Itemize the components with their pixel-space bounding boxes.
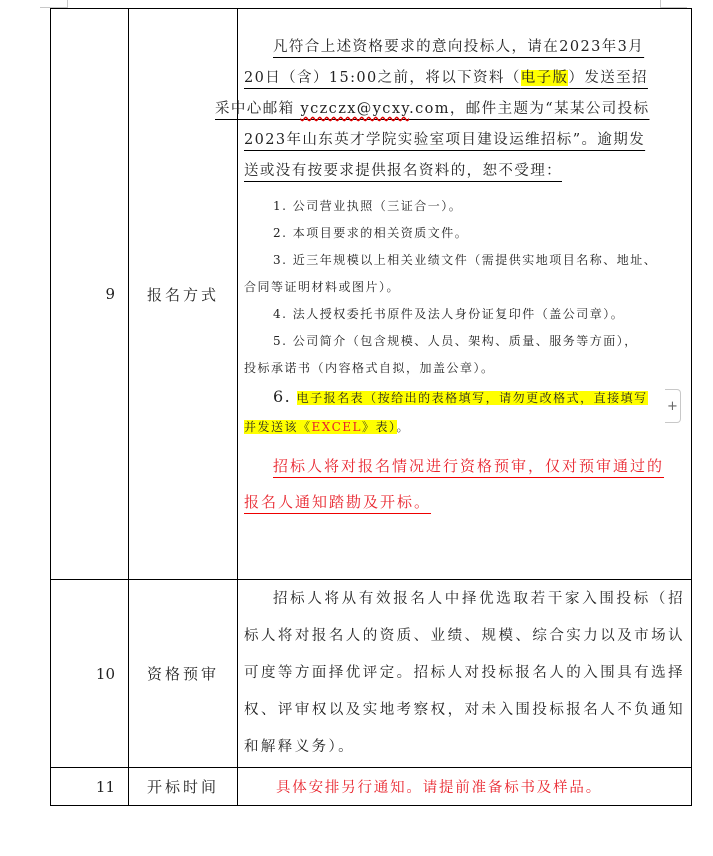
excel-label: EXCEL bbox=[312, 420, 363, 434]
plus-icon: + bbox=[667, 399, 678, 414]
requirements-table: 9 报名方式 凡符合上述资格要求的意向投标人，请在2023年3月 20日（含）1… bbox=[50, 8, 692, 806]
row-content[interactable]: 招标人将从有效报名人中择优选取若干家入围投标（招标人将对报名人的资质、业绩、规模… bbox=[238, 580, 692, 768]
row-content[interactable]: 具体安排另行通知。请提前准备标书及样品。 bbox=[238, 768, 692, 806]
list-item-3-cont: 合同等证明材料或图片）。 bbox=[244, 274, 685, 301]
page-corner-mark-left bbox=[40, 0, 68, 8]
table-row-11: 11 开标时间 具体安排另行通知。请提前准备标书及样品。 bbox=[51, 768, 692, 806]
opening-time-text: 具体安排另行通知。请提前准备标书及样品。 bbox=[244, 780, 602, 796]
row-title: 资格预审 bbox=[129, 580, 238, 768]
row-number: 9 bbox=[51, 9, 129, 580]
prequalification-notice: 招标人将对报名情况进行资格预审，仅对预审通过的 报名人通知踏勘及开标。 bbox=[244, 448, 685, 520]
email-address[interactable]: yczczx@ycxy bbox=[301, 101, 410, 117]
list-item-6: 6. 电子报名表（按给出的表格填写，请勿更改格式，直接填写 bbox=[244, 382, 685, 413]
row-content[interactable]: 凡符合上述资格要求的意向投标人，请在2023年3月 20日（含）15:00之前，… bbox=[238, 9, 692, 580]
highlight-electronic: 电子版 bbox=[521, 70, 569, 86]
page-corner-mark-right bbox=[660, 0, 687, 8]
row-number: 10 bbox=[51, 580, 129, 768]
row-title: 开标时间 bbox=[129, 768, 238, 806]
list-item-3: 3. 近三年规模以上相关业绩文件（需提供实地项目名称、地址、 bbox=[244, 247, 685, 274]
table-row-10: 10 资格预审 招标人将从有效报名人中择优选取若干家入围投标（招标人将对报名人的… bbox=[51, 580, 692, 768]
list-item-1: 1. 公司营业执照（三证合一）。 bbox=[244, 193, 685, 220]
table-row-9: 9 报名方式 凡符合上述资格要求的意向投标人，请在2023年3月 20日（含）1… bbox=[51, 9, 692, 580]
add-column-button[interactable]: + bbox=[665, 389, 681, 423]
list-item-5: 5. 公司简介（包含规模、人员、架构、质量、服务等方面）， bbox=[244, 328, 685, 355]
list-item-5-cont: 投标承诺书（内容格式自拟，加盖公章）。 bbox=[244, 355, 685, 382]
list-item-2: 2. 本项目要求的相关资质文件。 bbox=[244, 220, 685, 247]
prequalification-text: 招标人将从有效报名人中择优选取若干家入围投标（招标人将对报名人的资质、业绩、规模… bbox=[244, 581, 685, 766]
intro-paragraph: 凡符合上述资格要求的意向投标人，请在2023年3月 20日（含）15:00之前，… bbox=[244, 32, 685, 187]
list-item-6-cont: 并发送该《EXCEL》表）。 bbox=[244, 413, 685, 442]
row-number: 11 bbox=[51, 768, 129, 806]
list-item-4: 4. 法人授权委托书原件及法人身份证复印件（盖公司章）。 bbox=[244, 301, 685, 328]
